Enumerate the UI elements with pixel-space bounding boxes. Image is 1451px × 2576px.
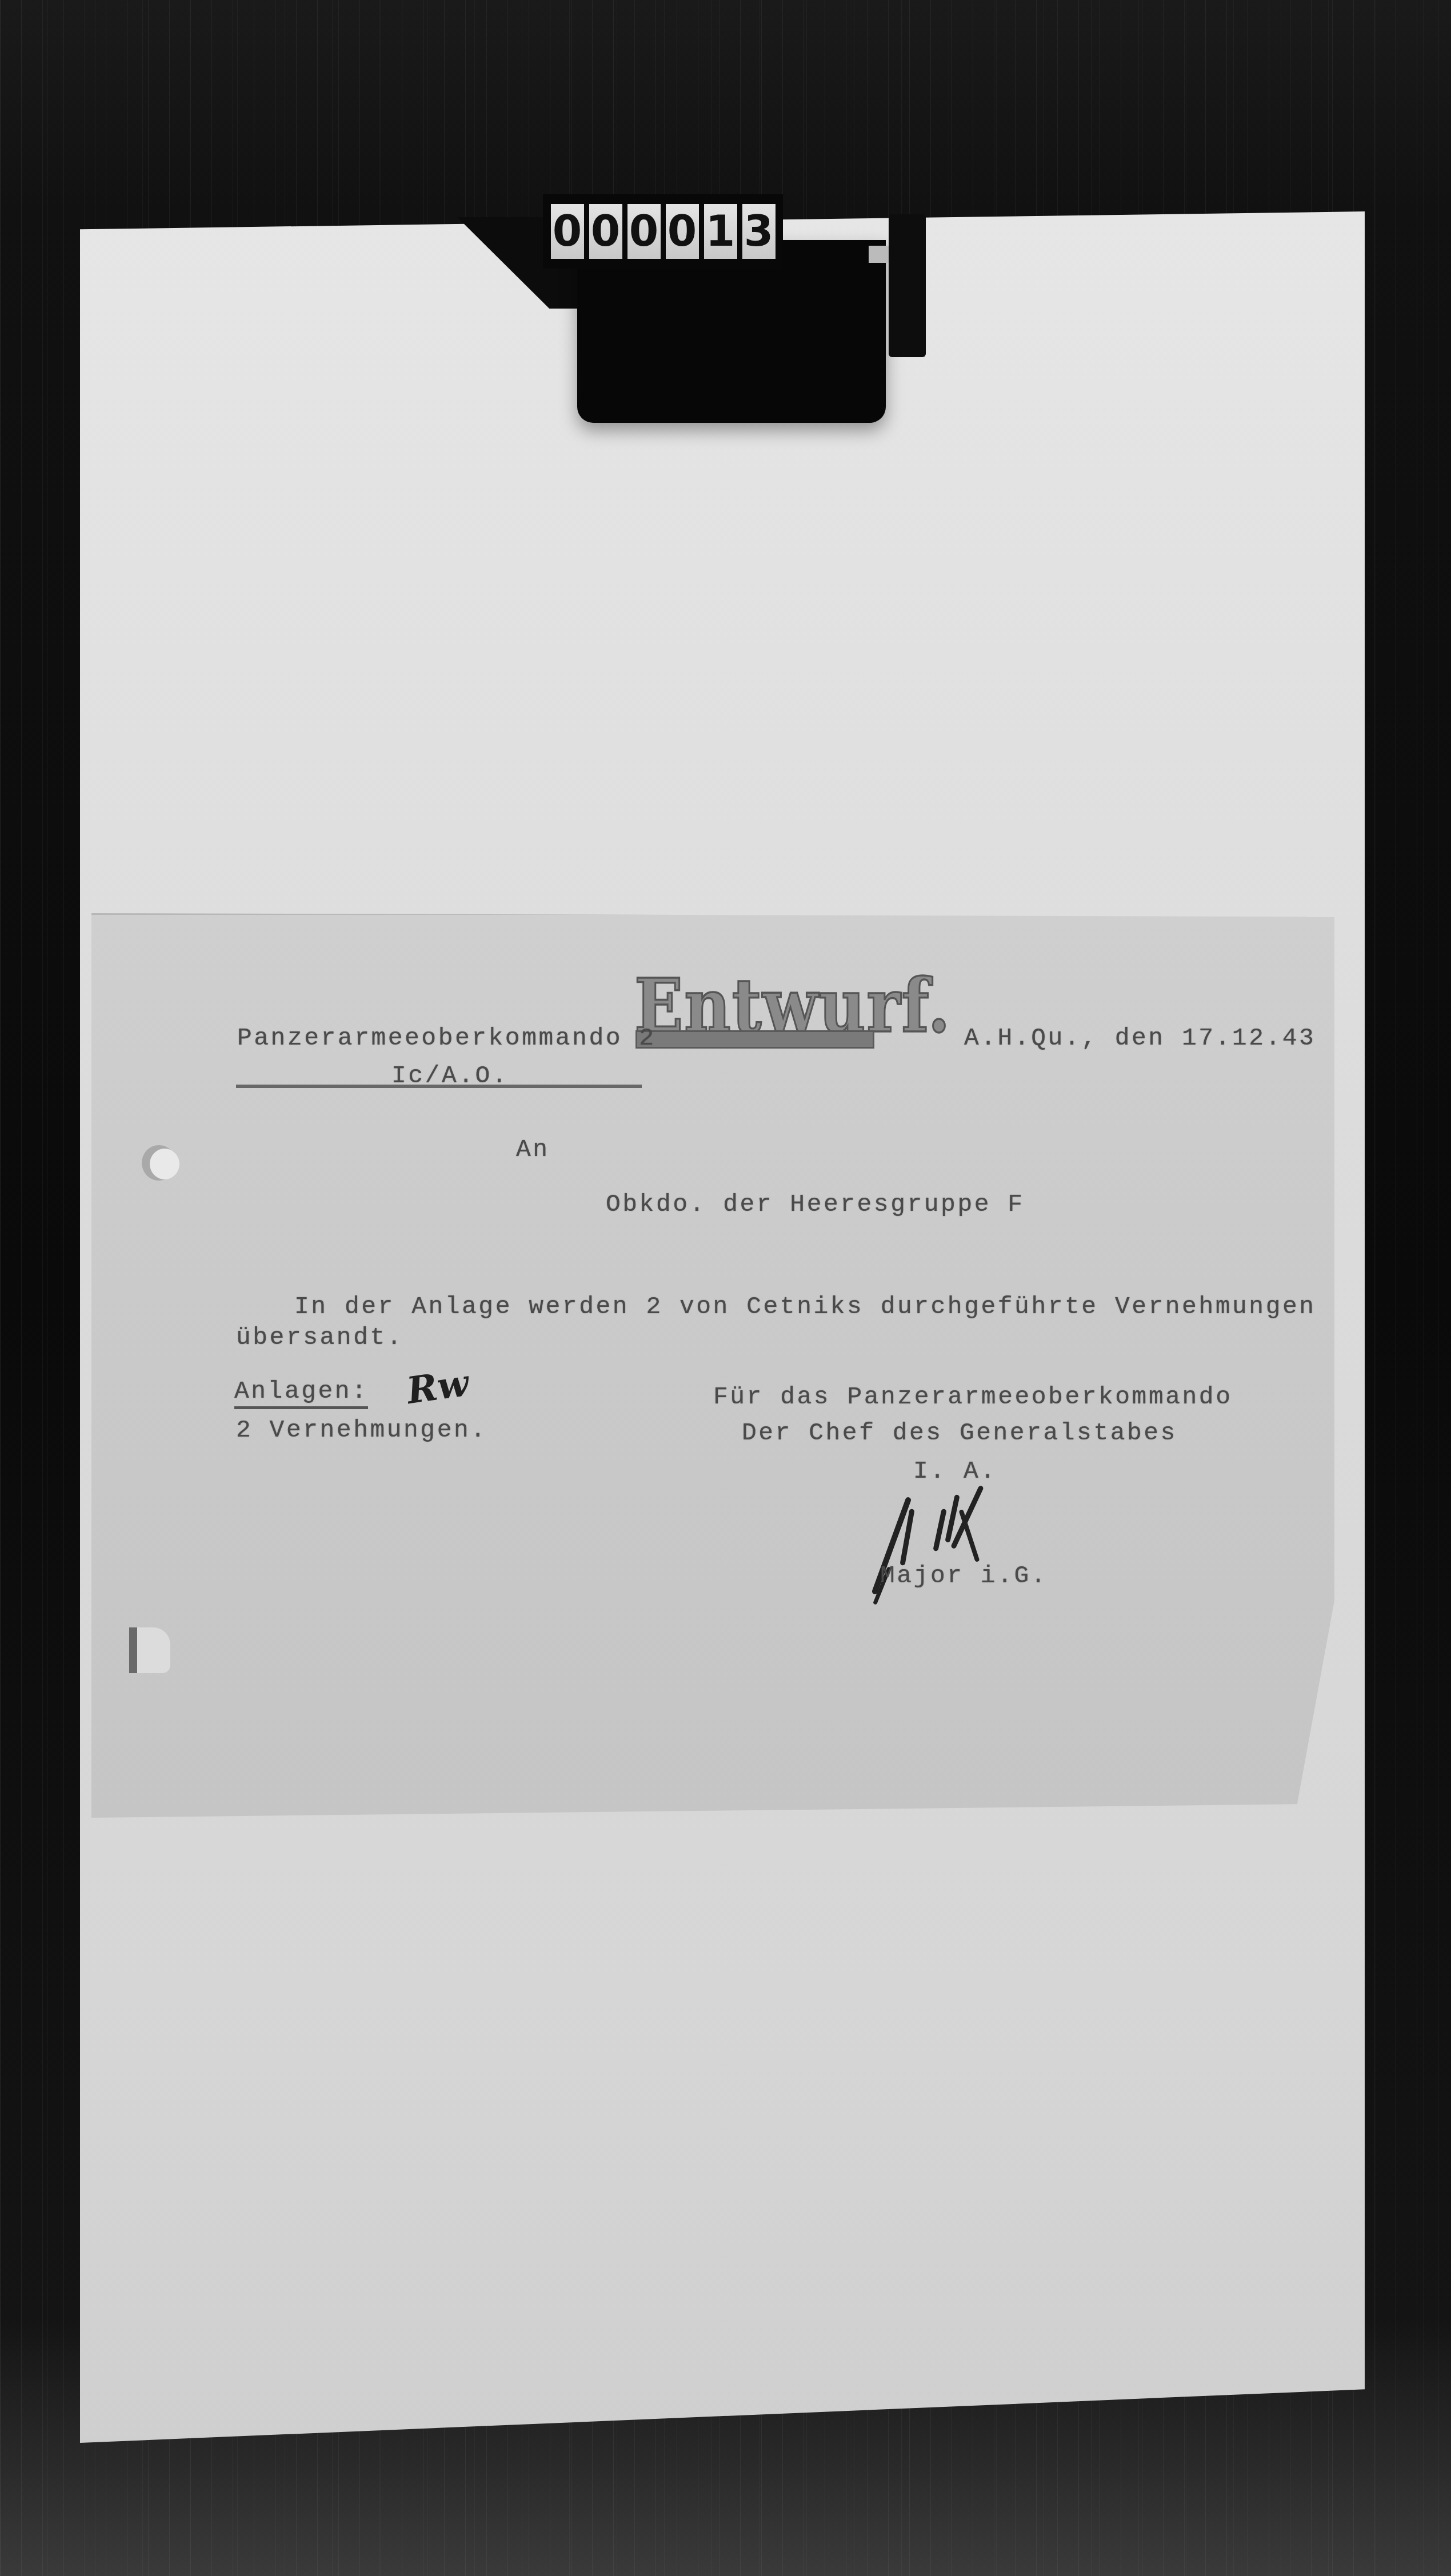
counter-digit: 0	[551, 204, 584, 259]
torn-punch-hole	[129, 1627, 170, 1673]
recipient: Obkdo. der Heeresgruppe F	[606, 1190, 1025, 1218]
counter-digit: 1	[704, 204, 737, 259]
punch-hole	[150, 1149, 179, 1179]
place-date: A.H.Qu., den 17.12.43	[964, 1024, 1316, 1052]
signatory-rank: Major i.G.	[880, 1562, 1048, 1590]
signature-line-2: Der Chef des Generalstabes	[742, 1419, 1177, 1447]
frame-counter: 0 0 0 0 1 3	[543, 194, 783, 269]
counter-digit: 0	[627, 204, 661, 259]
handwritten-initials: Rw	[404, 1362, 471, 1413]
signature-line-3: I. A.	[913, 1457, 997, 1485]
body-line-1: In der Anlage werden 2 von Cetniks durch…	[294, 1293, 1316, 1321]
sender-line-1: Panzerarmeeoberkommando 2	[237, 1024, 656, 1052]
counter-digit: 0	[666, 204, 699, 259]
sender-underline	[236, 1085, 642, 1088]
frame-counter-clip: 0 0 0 0 1 3	[457, 194, 997, 440]
counter-digit: 3	[742, 204, 776, 259]
draft-stamp-underline	[635, 1030, 874, 1049]
clip-knob	[889, 214, 926, 357]
enclosures-label: Anlagen:	[234, 1377, 368, 1409]
enclosures-item: 2 Vernehmungen.	[236, 1416, 487, 1444]
body-line-2: übersandt.	[236, 1323, 403, 1351]
signature-line-1: Für das Panzerarmeeoberkommando	[713, 1383, 1232, 1411]
salutation: An	[516, 1135, 550, 1163]
clip-knob-stem	[869, 246, 892, 263]
counter-digit: 0	[589, 204, 622, 259]
